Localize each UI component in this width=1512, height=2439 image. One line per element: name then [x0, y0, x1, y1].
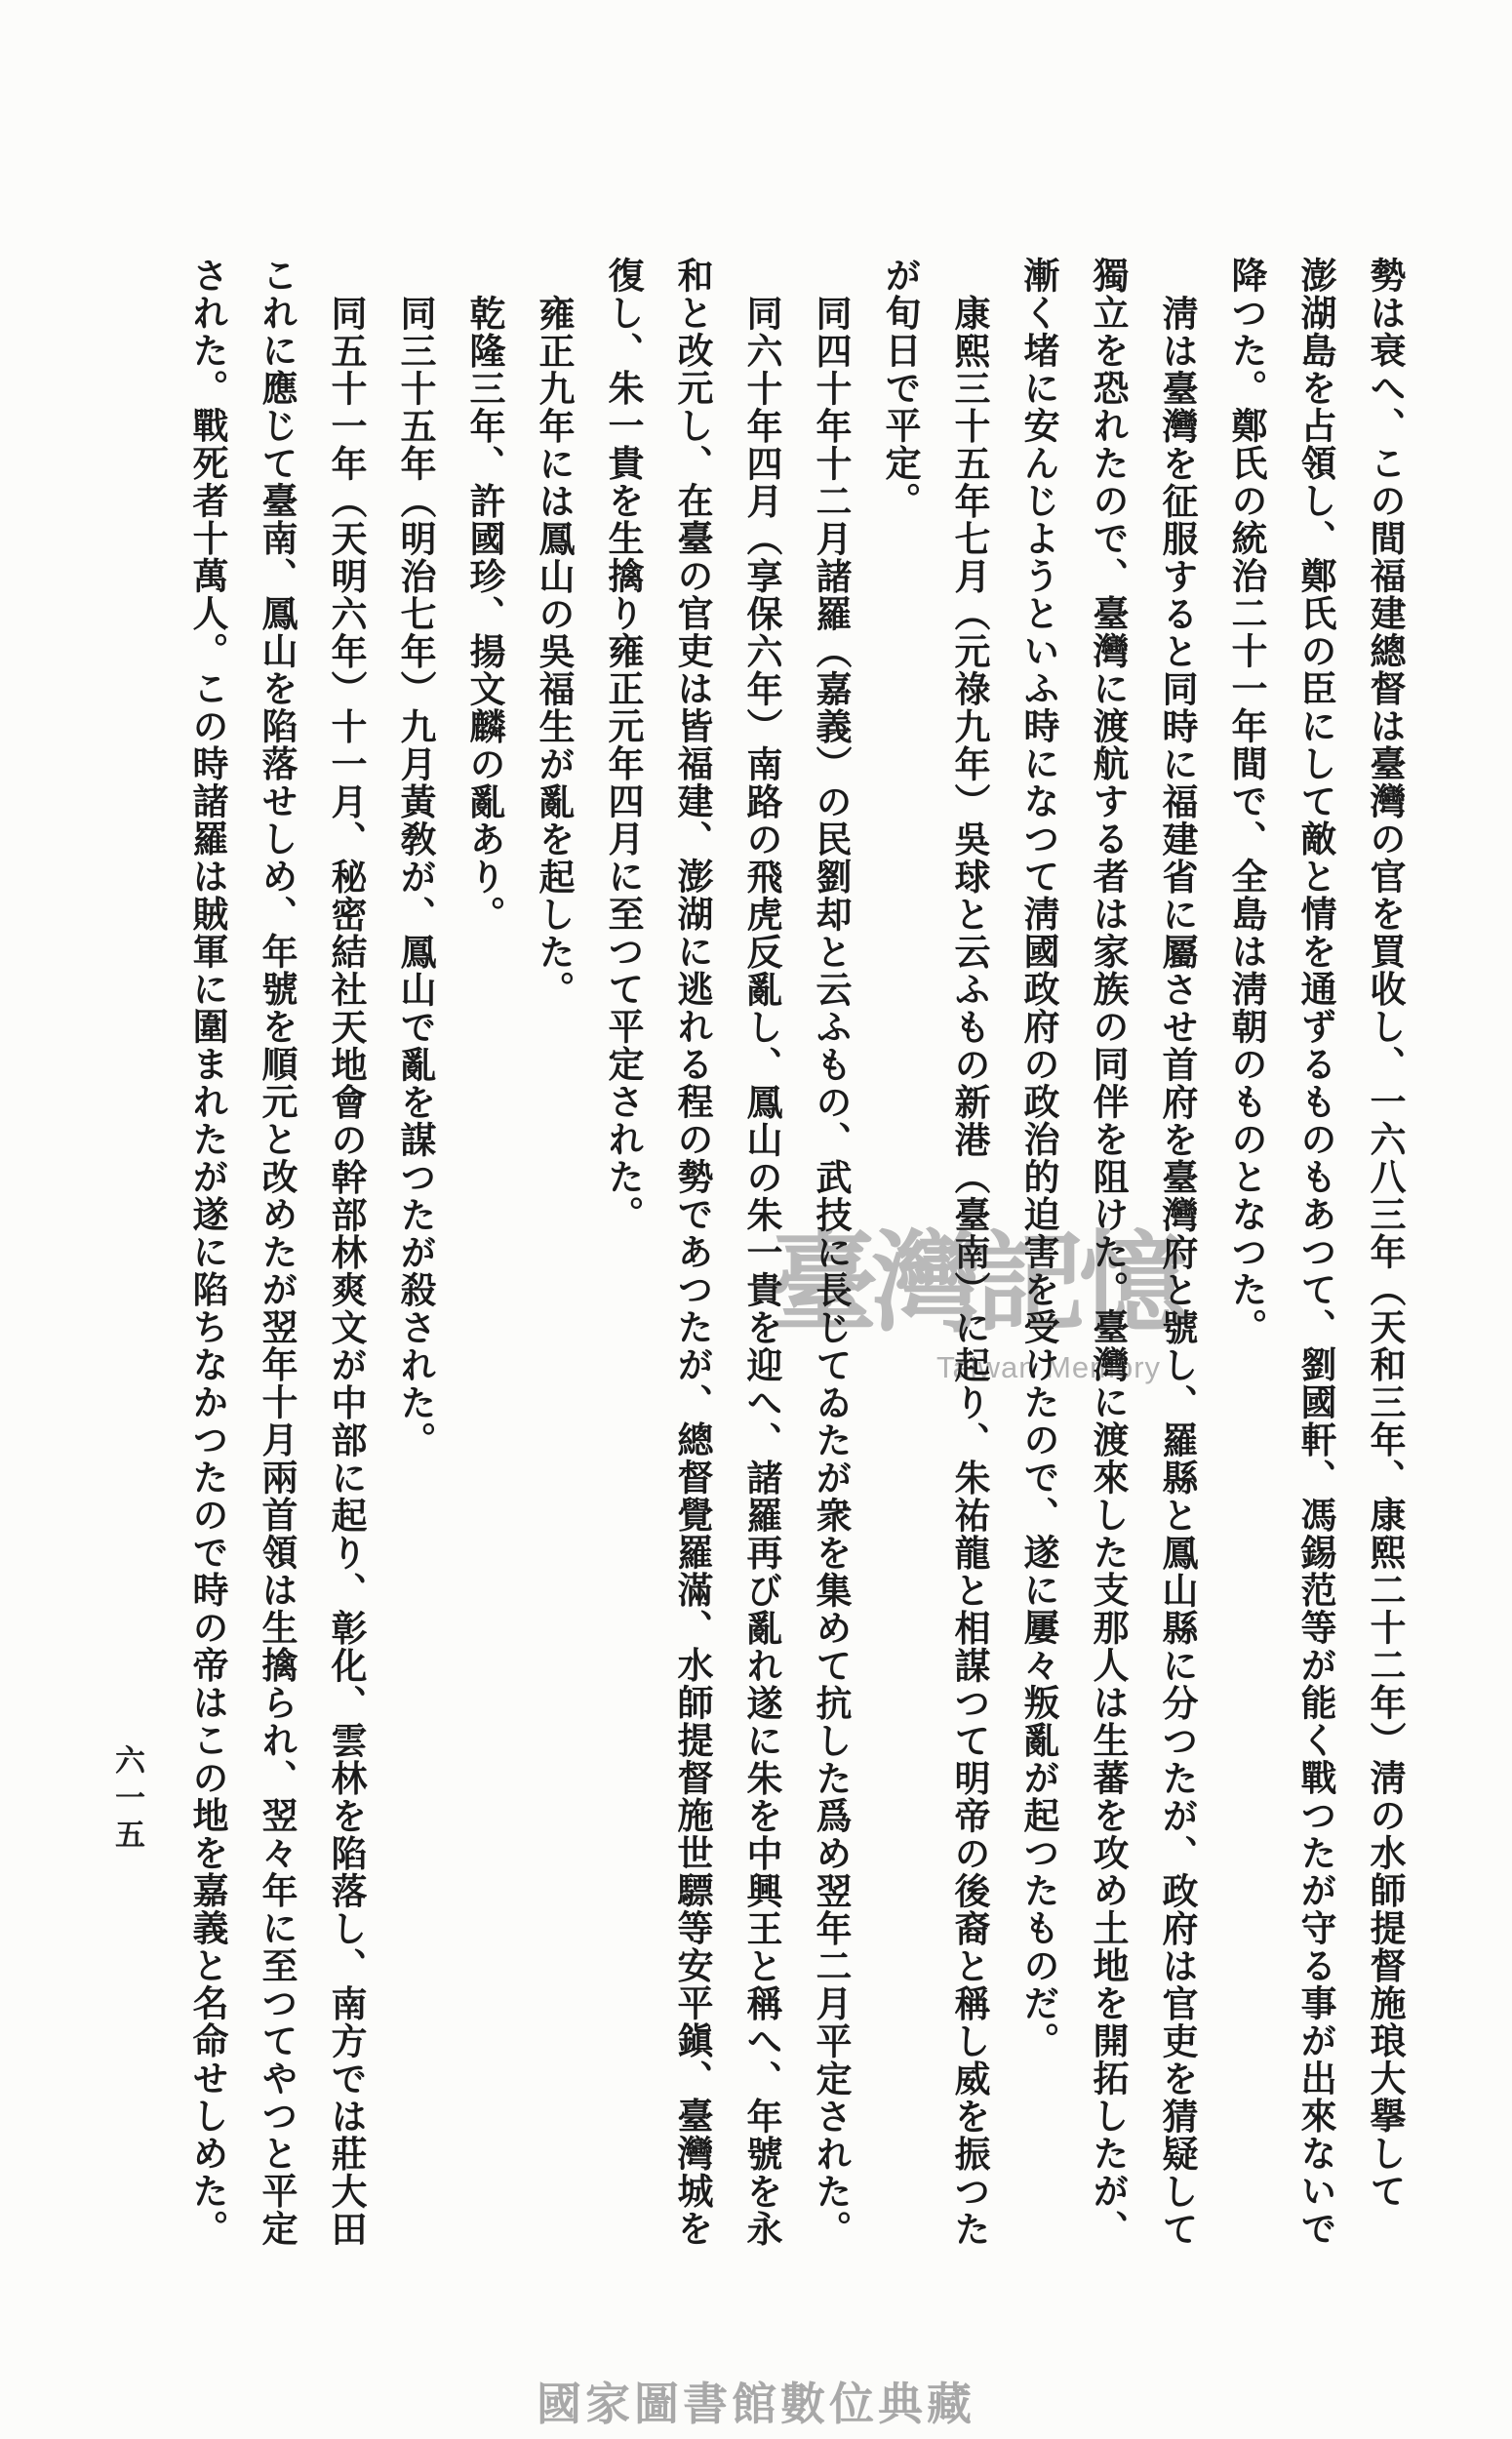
text-column: 康熙三十五年七月（元祿九年）吳球と云ふもの新港（臺南）に起り、朱祐龍と相謀つて明…	[934, 257, 1003, 2218]
text-column: 乾隆三年、許國珍、揚文麟の亂あり。	[449, 257, 518, 2218]
text-column: 復し、朱一貴を生擒り雍正元年四月に至つて平定された。	[587, 257, 657, 2218]
body-text-block: 勢は衰へ、この間福建總督は臺灣の官を買收し、一六八三年（天和三年、康熙二十二年）…	[172, 257, 1418, 2218]
text-column: 同三十五年（明治七年）九月黃敎が、鳳山で亂を謀つたが殺された。	[379, 257, 449, 2218]
text-column: 同六十年四月（享保六年）南路の飛虎反亂し、鳳山の朱一貴を迎へ、諸羅再び亂れ遂に朱…	[726, 257, 795, 2218]
text-column: 降つた。鄭氏の統治二十一年間で、全島は淸朝のものとなつた。	[1211, 257, 1280, 2218]
text-column: 同五十一年（天明六年）十一月、秘密結社天地會の幹部林爽文が中部に起り、彰化、雲林…	[310, 257, 379, 2218]
text-column: 同四十年十二月諸羅（嘉義）の民劉却と云ふもの、武技に長じてゐたが衆を集めて抗した…	[795, 257, 864, 2218]
text-column: これに應じて臺南、鳳山を陷落せしめ、年號を順元と改めたが翌年十月兩首領は生擒られ…	[241, 257, 310, 2218]
page-number: 六一五	[105, 1744, 149, 1856]
text-column: 雍正九年には鳳山の吳福生が亂を起した。	[518, 257, 587, 2218]
text-column: が旬日で平定。	[864, 257, 934, 2218]
text-column: された。戰死者十萬人。この時諸羅は賊軍に圍まれたが遂に陷ちなかつたので時の帝はこ…	[172, 257, 241, 2218]
text-column: 漸く堵に安んじようといふ時になつて淸國政府の政治的迫害を受けたので、遂に屢々叛亂…	[1003, 257, 1072, 2218]
text-column: 和と改元し、在臺の官吏は皆福建、澎湖に逃れる程の勢であつたが、總督覺羅滿、水師提…	[657, 257, 726, 2218]
text-column: 淸は臺灣を征服すると同時に福建省に屬させ首府を臺灣府と號し、羅縣と鳳山縣に分つた…	[1141, 257, 1211, 2218]
text-column: 澎湖島を占領し、鄭氏の臣にして敵と情を通ずるものもあつて、劉國軒、馮錫范等が能く…	[1280, 257, 1349, 2218]
text-column: 獨立を恐れたので、臺灣に渡航する者は家族の同伴を阻けた。臺灣に渡來した支那人は生…	[1072, 257, 1141, 2218]
text-column: 勢は衰へ、この間福建總督は臺灣の官を買收し、一六八三年（天和三年、康熙二十二年）…	[1349, 257, 1418, 2218]
national-library-watermark: 國家圖書館數位典藏	[0, 2369, 1512, 2433]
scanned-book-page: 臺灣記憶 Taiwan Memory 國家圖書館數位典藏 六一五 勢は衰へ、この…	[0, 0, 1512, 2439]
